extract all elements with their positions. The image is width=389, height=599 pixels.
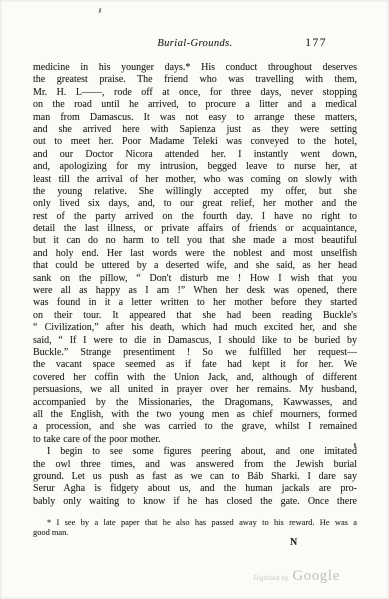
footnote: * I see by a late paper that he also has…: [33, 518, 357, 538]
book-page: Burial-Grounds. 177 medicine in his youn…: [0, 0, 389, 599]
text-line: persuasions, we all united in prayer ove…: [33, 384, 357, 396]
text-line: I begin to see some figures peering abou…: [33, 446, 357, 458]
text-line: covered her coffin with the Union Jack, …: [33, 372, 357, 384]
text-line: to take care of the poor mother.: [33, 434, 357, 446]
printers-signature-mark: N: [290, 537, 298, 548]
body-text: medicine in his younger days.* His condu…: [33, 62, 357, 508]
text-line: good man.: [33, 528, 357, 538]
text-line: all the English, with the two young men …: [33, 409, 357, 421]
text-line: * I see by a late paper that he also has…: [33, 518, 357, 528]
text-line: and holy end. Her last words were the no…: [33, 248, 357, 260]
text-line: were all as happy as I am !” When her de…: [33, 285, 357, 297]
running-header: Burial-Grounds. 177: [33, 37, 357, 52]
text-line: Buckle.” Strange presentiment ! So we fu…: [33, 347, 357, 359]
header-title: Burial-Grounds.: [157, 38, 232, 49]
text-line: detail the last illness, or private affa…: [33, 223, 357, 235]
text-line: least till the arrival of her mother, wh…: [33, 174, 357, 186]
text-line: bably only waiting to know if he has clo…: [33, 496, 357, 508]
text-line: out to meet her. Poor Madame Teleki was …: [33, 136, 357, 148]
text-line: on the road until he arrived, to procure…: [33, 99, 357, 111]
text-line: only lived six days, and, to our great r…: [33, 198, 357, 210]
text-line: rest of the party arrived on the fourth …: [33, 211, 357, 223]
text-line: that could be uttered by a deserted wife…: [33, 260, 357, 272]
digitized-watermark: Digitized by Google: [254, 568, 340, 585]
text-line: the vacant space seemed as if fate had k…: [33, 359, 357, 371]
text-line: a procession, and she was carried to the…: [33, 421, 357, 433]
page-number: 177: [305, 37, 327, 49]
google-logo: Google: [293, 568, 341, 585]
text-line: Serur Agha is fidgety about us, and the …: [33, 483, 357, 495]
text-line: sank on the pillow, “ Don't disturb me !…: [33, 273, 357, 285]
text-line: and she arrived here with Sapienza just …: [33, 124, 357, 136]
text-line: the greatest praise. The friend who was …: [33, 74, 357, 86]
text-line: medicine in his younger days.* His condu…: [33, 62, 357, 74]
text-line: Mr. H. L——, rode off at once, for three …: [33, 87, 357, 99]
text-line: and our Doctor Nicora attended her. I in…: [33, 149, 357, 161]
text-line: and, apologizing for my intrusion, begge…: [33, 161, 357, 173]
text-line: the young relative. She willingly accept…: [33, 186, 357, 198]
text-line: “ Civilization,” after his death, which …: [33, 322, 357, 334]
text-line: but it can do no harm to tell you that s…: [33, 235, 357, 247]
text-line: was found in it a letter written to her …: [33, 297, 357, 309]
text-line: the owl three times, and was answered fr…: [33, 459, 357, 471]
watermark-prefix: Digitized by: [254, 576, 289, 582]
text-line: man from Damascus. It was not easy to ar…: [33, 112, 357, 124]
scan-artifact: [99, 8, 102, 13]
text-line: accompanied by the Missionaries, the Dra…: [33, 397, 357, 409]
text-line: on their tour. It appeared that she had …: [33, 310, 357, 322]
text-line: ground. Let us push as fast as we can to…: [33, 471, 357, 483]
text-line: said, “ If I were to die in Damascus, I …: [33, 335, 357, 347]
